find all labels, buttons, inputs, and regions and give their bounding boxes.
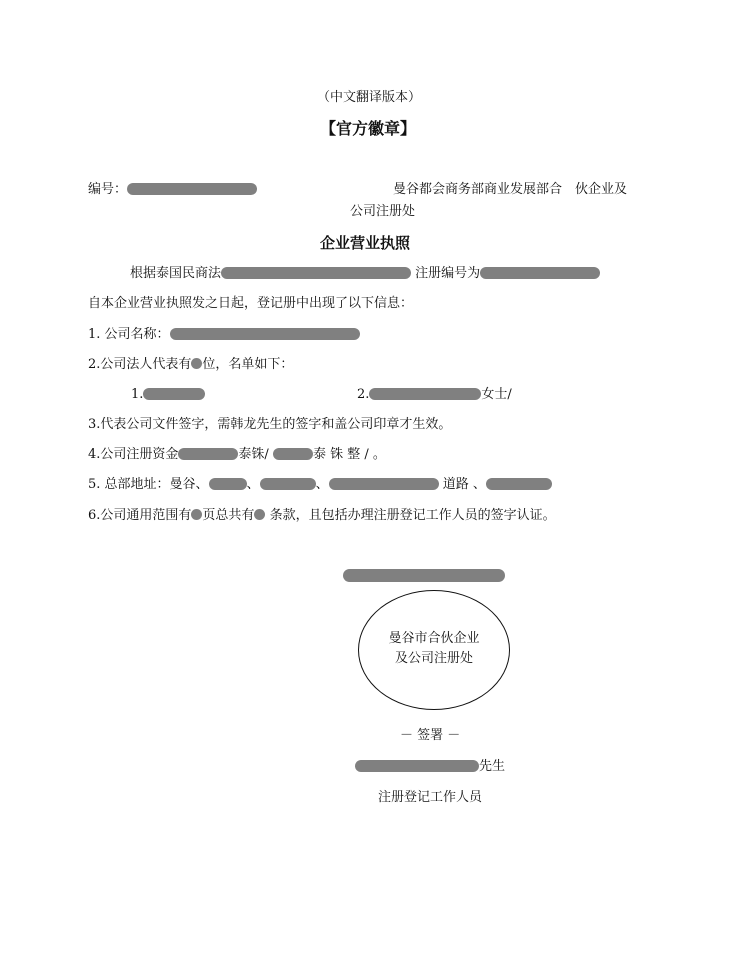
document-number: 编号： <box>88 181 257 198</box>
item-registered-capital: 4.公司注册资金泰铢/ 泰 铢 整 / 。 <box>88 446 386 463</box>
seal-line-1: 曼谷市合伙企业 <box>359 629 509 649</box>
redacted-rep2-name <box>369 388 481 400</box>
redacted-district <box>209 478 247 490</box>
document-title: 企业营业执照 <box>320 233 410 253</box>
issuer-line-2: 公司注册处 <box>350 203 415 220</box>
item4-mid: 泰铢/ <box>238 447 268 462</box>
rep1-prefix: 1. <box>131 387 143 402</box>
item-headquarters-address: 5. 总部地址：曼谷、、、 道路 、 <box>88 476 552 493</box>
seal-line-2: 及公司注册处 <box>359 649 509 669</box>
redaction-blob <box>343 569 505 582</box>
redacted-house-number <box>486 478 552 490</box>
item6-suffix: 条款，且包括办理注册登记工作人员的签字认证。 <box>270 508 556 523</box>
item-company-name: 1. 公司名称： <box>88 326 360 343</box>
redacted-count <box>191 358 202 369</box>
official-emblem-placeholder: 【官方徽章】 <box>320 118 416 140</box>
redacted-clauses <box>254 509 265 520</box>
intro-line-2: 自本企业营业执照发之日起，登记册中出现了以下信息： <box>88 295 413 312</box>
redacted-number <box>127 183 257 195</box>
signer-name: 先生 <box>355 758 505 775</box>
translation-note: （中文翻译版本） <box>317 89 421 106</box>
item6-prefix: 6.公司通用范围有 <box>88 508 191 523</box>
redacted-signer-name <box>355 760 479 772</box>
redacted-pages <box>191 509 202 520</box>
sep2: 、 <box>316 477 329 492</box>
item-signature-authority: 3.代表公司文件签字，需韩龙先生的签字和盖公司印章才生效。 <box>88 416 451 433</box>
sep1: 、 <box>247 477 260 492</box>
redacted-capital-number <box>178 448 238 460</box>
rep2-prefix: 2. <box>357 387 369 402</box>
redacted-company-name <box>170 328 360 340</box>
item5-prefix: 5. 总部地址：曼谷、 <box>88 477 209 492</box>
redacted-rep1-name <box>143 388 205 400</box>
redacted-registration-number <box>480 267 600 279</box>
signer-suffix: 先生 <box>479 759 505 774</box>
signature-label: － 签署 － <box>400 727 460 744</box>
representative-2: 2.女士/ <box>357 386 512 403</box>
redacted-capital-words <box>273 448 313 460</box>
item-legal-representatives: 2.公司法人代表有位，名单如下： <box>88 356 293 373</box>
issuer-line-1: 曼谷都会商务部商业发展部合 伙企业及 <box>393 181 627 198</box>
document-number-label: 编号： <box>88 182 127 197</box>
item2-suffix: 位，名单如下： <box>202 357 293 372</box>
redacted-subdistrict <box>260 478 316 490</box>
item2-prefix: 2.公司法人代表有 <box>88 357 191 372</box>
rep2-suffix: 女士/ <box>481 387 511 402</box>
seal-text: 曼谷市合伙企业 及公司注册处 <box>359 629 509 669</box>
item4-prefix: 4.公司注册资金 <box>88 447 178 462</box>
redacted-road <box>329 478 439 490</box>
signer-title: 注册登记工作人员 <box>378 789 482 806</box>
intro-prefix: 根据泰国民商法 <box>130 266 221 281</box>
item-scope: 6.公司通用范围有页总共有 条款，且包括办理注册登记工作人员的签字认证。 <box>88 507 556 524</box>
road-label: 道路 、 <box>443 477 486 492</box>
intro-registration-label: 注册编号为 <box>415 266 480 281</box>
registration-office-seal: 曼谷市合伙企业 及公司注册处 <box>358 590 510 710</box>
redacted-date <box>221 267 411 279</box>
item6-mid: 页总共有 <box>202 508 254 523</box>
representative-1: 1. <box>131 386 205 403</box>
redacted-issue-date <box>343 566 505 585</box>
intro-line-1: 根据泰国民商法 注册编号为 <box>130 265 600 282</box>
item4-suffix: 泰 铢 整 / 。 <box>313 447 386 462</box>
company-name-label: 1. 公司名称： <box>88 327 170 342</box>
